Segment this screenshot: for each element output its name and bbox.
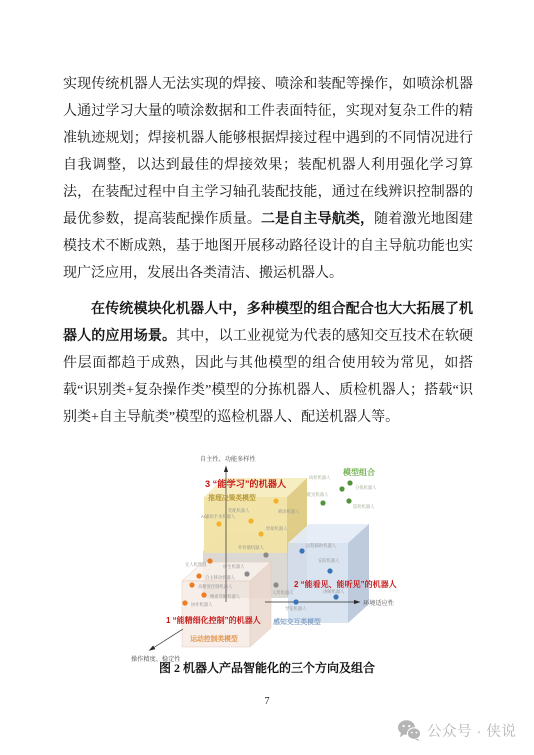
robot-dot-label: 装配机器人: [228, 507, 250, 514]
robot-dot-label: 分拣机器人: [355, 484, 377, 491]
precision-axis: 操作精度、稳定性: [131, 629, 183, 662]
learning-model-label: 推理决策类模型: [208, 493, 256, 502]
document-page: 实现传统机器人无法实现的焊接、喷涂和装配等操作，如喷涂机器人通过学习大量的喷涂数…: [0, 0, 534, 755]
control-title: 1 “能精细化控制”的机器人: [166, 615, 261, 625]
robot-dot-label: 自主移动机器人: [205, 574, 236, 581]
watermark-text: 公众号 · 侠说: [427, 720, 516, 741]
robot-dot-label: 人形机器人: [272, 589, 294, 596]
robot-dot-label: 质检机器人: [309, 474, 331, 481]
body-paragraph: 实现传统机器人无法实现的焊接、喷涂和装配等操作，如喷涂机器人通过学习大量的喷涂数…: [63, 71, 473, 287]
robot-dot-label: 焊接机器人: [266, 525, 288, 532]
combo-title: 模型组合: [342, 467, 375, 477]
control-model-label: 运动控制类模型: [190, 634, 238, 643]
robot-dot-label: AI辅助手术机器人: [201, 513, 236, 520]
robot-dot-label: 讲解机器人: [323, 588, 345, 595]
robot-dot-label: 精密装配机器人: [210, 593, 241, 600]
robot-dot-label: 喷涂机器人: [278, 508, 300, 515]
perception-title: 2 “能看见、能听见”的机器人: [294, 579, 397, 589]
figure-svg: 自主性、功能多样性环境适应性操作精度、稳定性喷涂机器人装配机器人AI辅助手术机器…: [125, 450, 410, 662]
robot-dot-label: 远程辅助机器人: [306, 542, 337, 549]
learning-title: 3 “能学习”的机器人: [205, 478, 287, 489]
page-number: 7: [0, 696, 534, 707]
combo-robot-dot: 质检机器人: [309, 474, 345, 492]
robot-dot-label: 协作机器人: [191, 601, 213, 608]
robot-dot-label: 配送机器人: [307, 491, 329, 498]
figure-caption: 图 2 机器人产品智能化的三个方向及组合: [0, 659, 534, 676]
body-run-bold: 二是自主导航类，: [261, 212, 374, 227]
combo-robot-dot: 巡检机器人: [346, 498, 375, 510]
combo-robot-dot: 配送机器人: [307, 491, 329, 506]
robot-dot-label: 仿生机器人: [223, 563, 245, 570]
robot-dot-label: 巡检机器人: [353, 503, 375, 510]
body-run: 实现传统机器人无法实现的焊接、喷涂和装配等操作，如喷涂机器人通过学习大量的喷涂数…: [63, 77, 473, 227]
body-text: 实现传统机器人无法实现的焊接、喷涂和装配等操作，如喷涂机器人通过学习大量的喷涂数…: [63, 71, 473, 431]
robot-dot-label: 高精度控制机器人: [198, 583, 233, 590]
robot-dot-label: 导览机器人: [285, 605, 307, 612]
adaptability-axis-label: 环境适应性: [363, 599, 395, 607]
body-paragraph: 在传统模块化机器人中，多种模型的组合配合也大大拓展了机器人的应用场景。其中，以工…: [63, 296, 473, 431]
wechat-icon: [397, 719, 421, 741]
robot-dot-label: 外骨骼机器人: [238, 544, 264, 551]
autonomy-axis-label: 自主性、功能多样性: [200, 455, 256, 463]
figure-robot-intelligence-diagram: 自主性、功能多样性环境适应性操作精度、稳定性喷涂机器人装配机器人AI辅助手术机器…: [125, 450, 410, 662]
combo-robot-dot: 分拣机器人: [347, 480, 377, 491]
robot-dot-label: 安防机器人: [318, 557, 340, 564]
robot-dot-label: 无人机集群: [185, 561, 207, 568]
watermark: 公众号 · 侠说: [397, 719, 516, 741]
perception-model-label: 感知交互类模型: [273, 617, 321, 626]
